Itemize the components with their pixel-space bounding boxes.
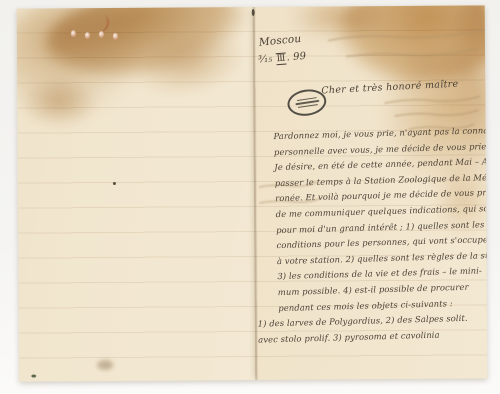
date-year: . 99 [286, 51, 306, 63]
stamp-text-line [297, 104, 317, 108]
letter-body: Pardonnez moi, je vous prie, n'ayant pas… [273, 123, 487, 347]
letter-paper: Moscou ³⁄₁₅ Ⅲ. 99 Cher et très honoré ma… [17, 5, 488, 381]
date-fraction: ³⁄₁₅ [258, 54, 273, 66]
letter-scan: Moscou ³⁄₁₅ Ⅲ. 99 Cher et très honoré ma… [0, 0, 500, 394]
